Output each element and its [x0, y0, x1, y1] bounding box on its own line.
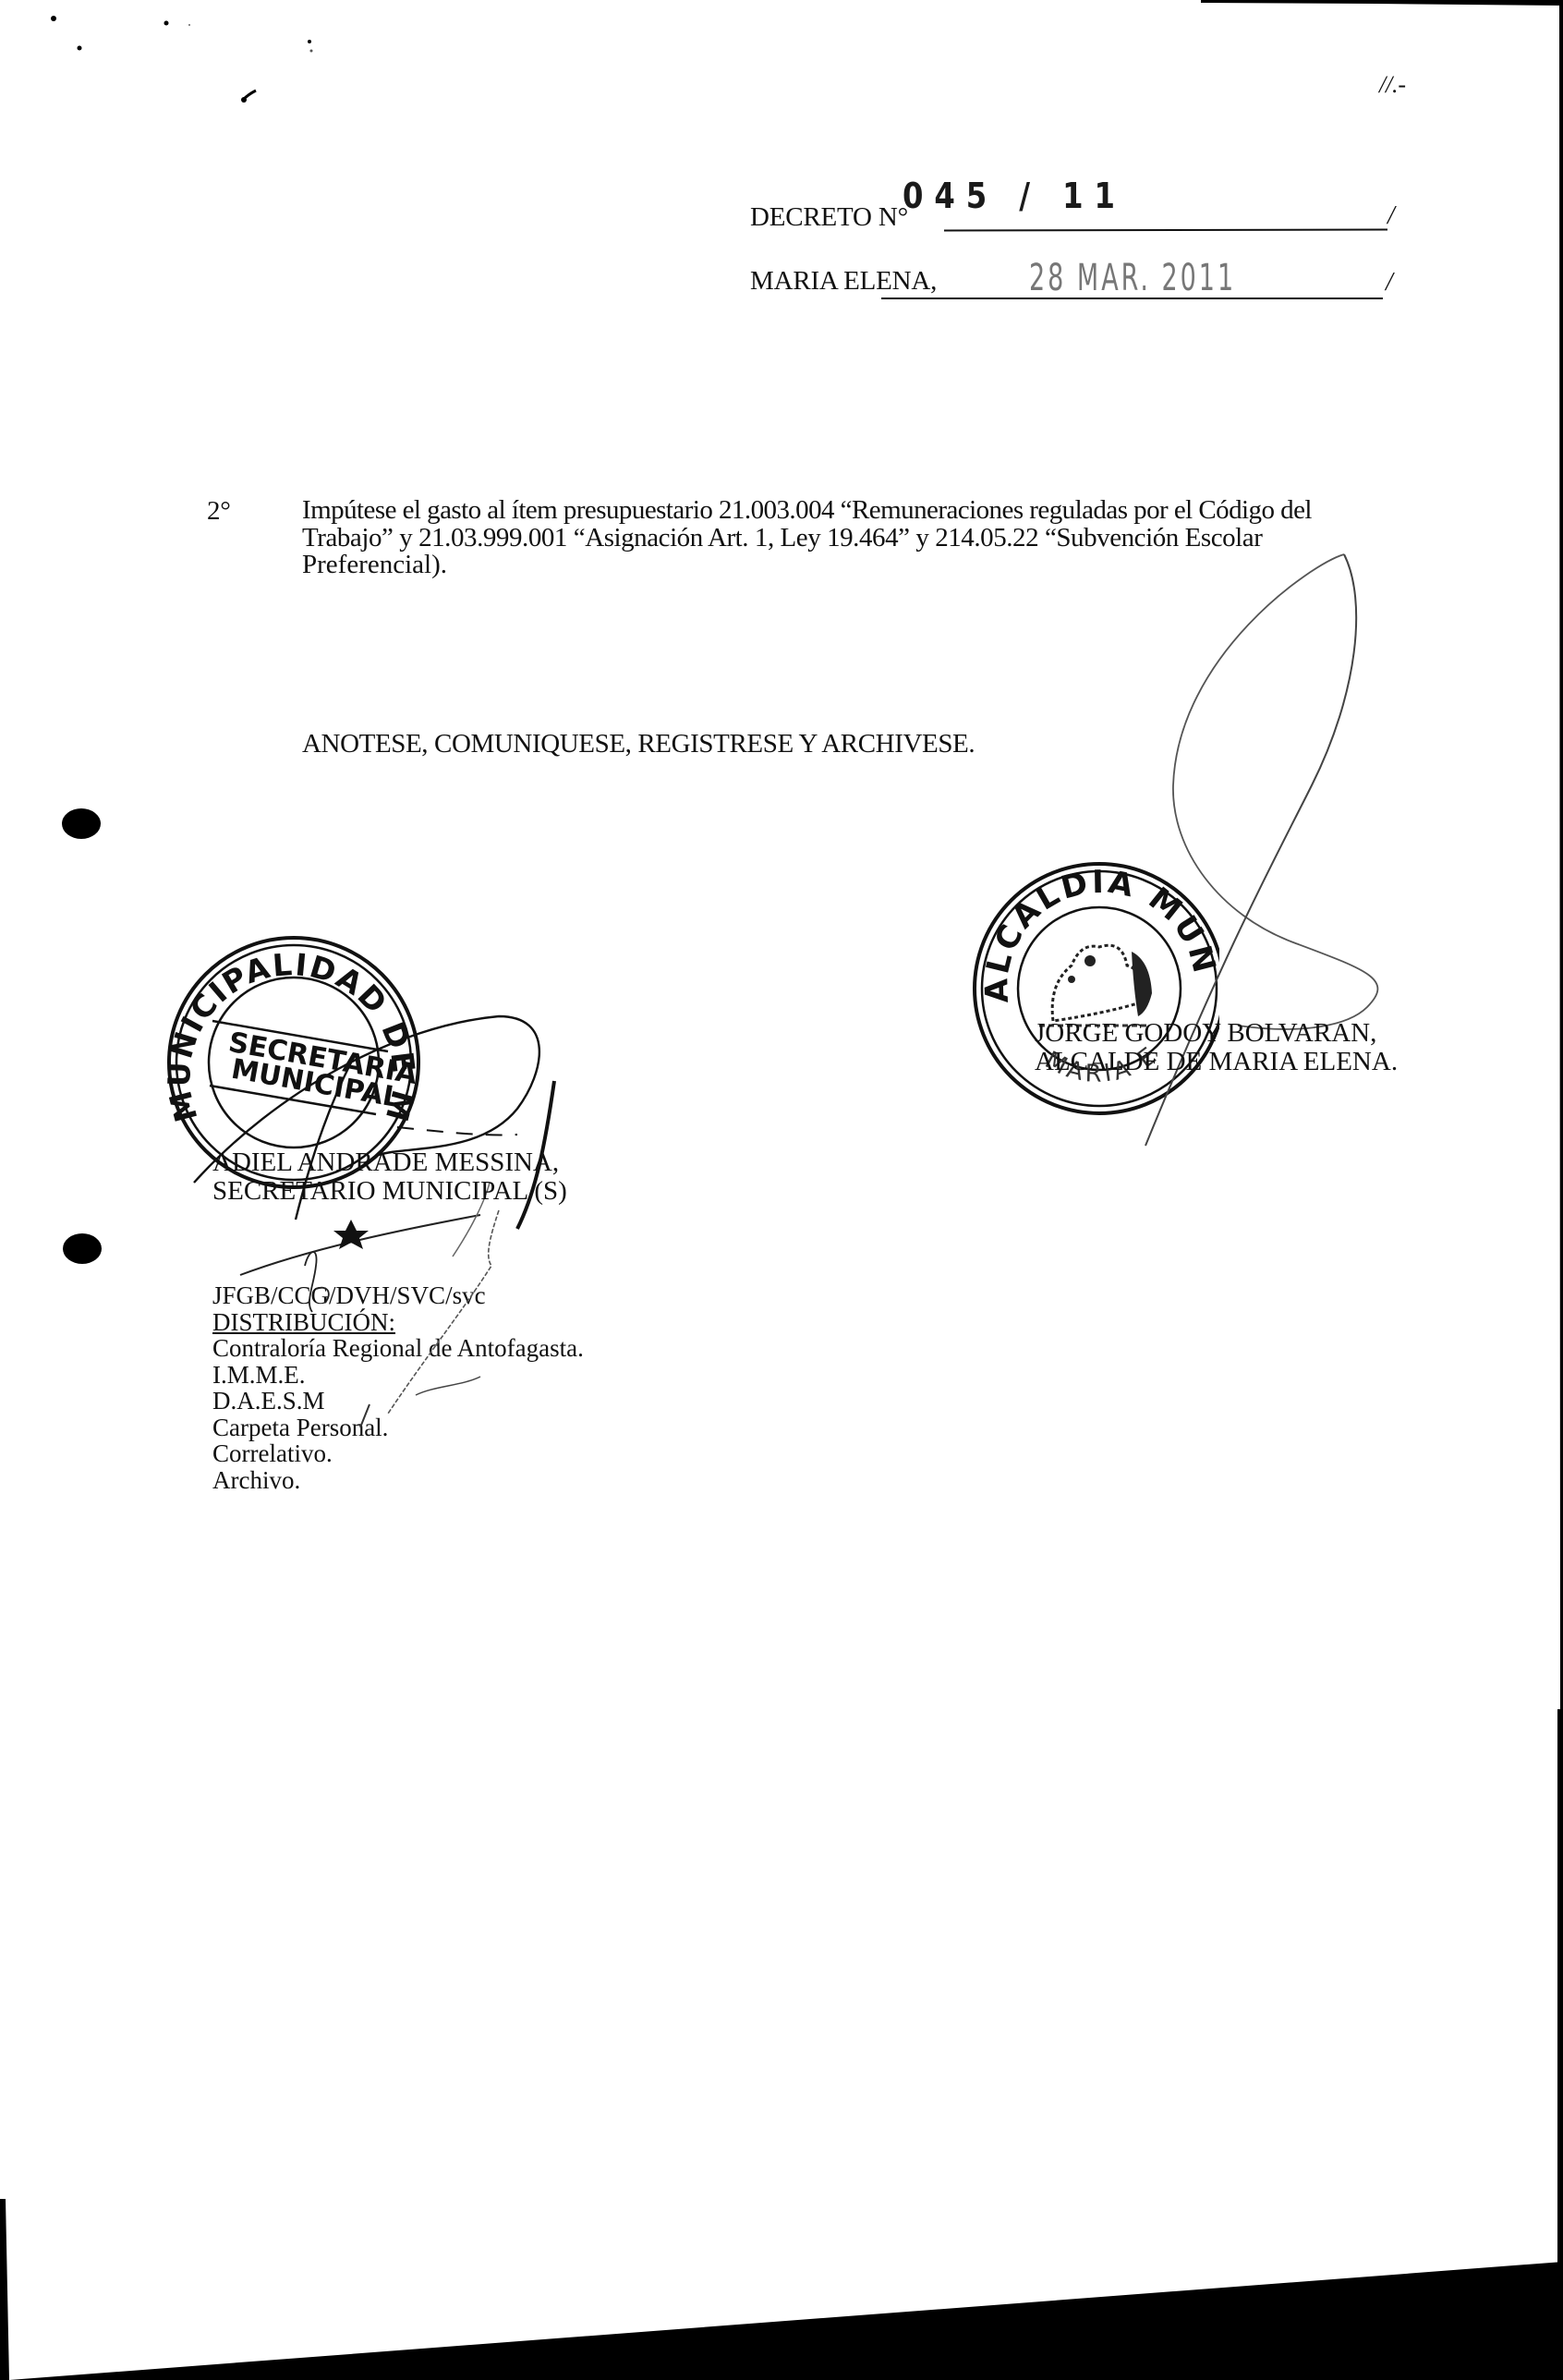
date-underline — [881, 297, 1383, 299]
clause-number: 2° — [207, 497, 231, 525]
distribution-item: Correlativo. — [212, 1440, 584, 1467]
mayor-name: JORGE GODOY BOLVARAN, — [1035, 1019, 1398, 1048]
decree-label: DECRETO N° — [750, 203, 908, 231]
decree-line-end: / — [1387, 201, 1395, 231]
distribution-item: Archivo. — [212, 1467, 584, 1494]
decree-number-stamp: 045 / 11 — [903, 176, 1126, 216]
decree-underline — [944, 228, 1387, 231]
page-continuation-mark: //.- — [1379, 71, 1406, 99]
date-line-end: / — [1386, 268, 1393, 297]
clause-line: Impútese el gasto al ítem presupuestario… — [302, 497, 1424, 525]
punch-hole-bottom — [63, 1233, 102, 1264]
secretary-signature-block: ADIEL ANDRADE MESSINA, SECRETARIO MUNICI… — [212, 1148, 567, 1206]
initials-pen-marks — [277, 1201, 536, 1441]
date-stamp: 28 MAR. 2011 — [1029, 257, 1236, 299]
mayor-handwritten-signature — [1090, 545, 1404, 1173]
mayor-signature-block: JORGE GODOY BOLVARAN, ALCALDE DE MARIA E… — [1035, 1019, 1398, 1076]
mayor-title: ALCALDE DE MARIA ELENA. — [1035, 1048, 1398, 1076]
closing-formula: ANOTESE, COMUNIQUESE, REGISTRESE Y ARCHI… — [302, 730, 975, 758]
place-label: MARIA ELENA, — [750, 267, 937, 295]
punch-hole-top — [62, 808, 101, 839]
secretary-name: ADIEL ANDRADE MESSINA, — [212, 1148, 567, 1177]
